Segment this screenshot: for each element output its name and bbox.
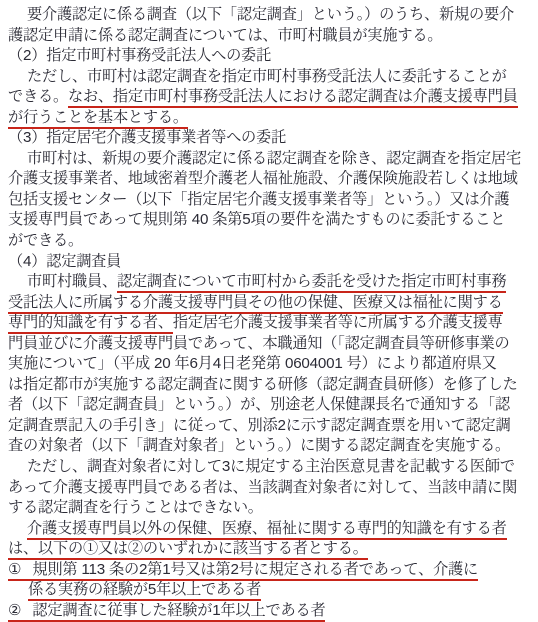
text-segment: 要介護認定に係る調査（以下「認定調査」という。）のうち、新規の要介 <box>27 6 514 23</box>
text-line: 包括支援センター（以下「指定居宅介護支援事業者等」という。）又は介護 <box>8 190 534 211</box>
text-line: 支援専門員であって規則第 40 条第5項の要件を満たすものに委託すること <box>8 210 534 231</box>
text-line: 介護支援事業者、地域密着型介護老人福祉施設、介護保険施設若しくは地域 <box>8 169 534 190</box>
text-segment: 規則第 113 条の2第1号又は第2号に規定される者であって、介護に <box>32 561 478 578</box>
underlined-text: 係る実務の経験が5年以上である者 <box>28 581 261 601</box>
text-line: ただし、市町村は認定調査を指定市町村事務受託法人に委託することが <box>8 67 534 88</box>
text-segment: 介護支援事業者、地域密着型介護老人福祉施設、介護保険施設若しくは地域 <box>8 170 518 187</box>
underlined-text: なお、指定市町村事務受託法人における認定調査は介護支援専門員 <box>68 88 518 108</box>
text-segment: できる。 <box>8 88 68 105</box>
text-segment: ただし、市町村は認定調査を指定市町村事務受託法人に委託することが <box>27 68 507 85</box>
text-line: 市町村職員、認定調査について市町村から委託を受けた指定市町村事務 <box>8 272 534 293</box>
text-line: 査の対象者（以下「調査対象者」という。）に関する認定調査を実施する。 <box>8 436 534 457</box>
underlined-text: が行うことを基本とする。 <box>8 109 188 129</box>
text-segment: 門員並びに介護支援専門員であって、本職通知（「認定調査員等研修事業の <box>8 335 510 352</box>
text-segment: 査の対象者（以下「調査対象者」という。）に関する認定調査を実施する。 <box>8 437 510 454</box>
list-item-1-continuation: 係る実務の経験が5年以上である者 <box>8 580 534 601</box>
document-page: 要介護認定に係る調査（以下「認定調査」という。）のうち、新規の要介 護認定申請に… <box>0 0 538 622</box>
text-line: 専門的知識を有する者、指定居宅介護支援事業者等に所属する介護支援専 <box>8 313 534 334</box>
text-segment: ただし、調査対象者に対して3に規定する主治医意見書を記載する医師で <box>27 458 515 475</box>
section-heading-2: （2）指定市町村事務受託法人への委託 <box>8 46 534 67</box>
heading-text: （4）認定調査員 <box>8 253 121 270</box>
underlined-text: は、以下の①又は②のいずれかに該当する者とする。 <box>8 540 368 560</box>
text-segment: 市町村は、新規の要介護認定に係る認定調査を除き、認定調査を指定居宅 <box>27 150 521 167</box>
text-line: する認定調査を行うことはできない。 <box>8 498 534 519</box>
text-line: 定調査票記入の手引き」に従って、別添2に示す認定調査票を用いて認定調 <box>8 416 534 437</box>
heading-text: （3）指定居宅介護支援事業者等への委託 <box>8 129 286 146</box>
text-segment: 者（以下「認定調査員」という。）が、別途老人保健課長名で通知する「認 <box>8 396 510 413</box>
text-segment: 護認定申請に係る認定調査については、市町村職員が実施する。 <box>8 27 442 44</box>
text-segment: 市町村職員、 <box>27 273 117 290</box>
text-segment: 指定居宅介護支援事業者等に所属する介護支援専 <box>173 314 503 331</box>
text-line: できる。なお、指定市町村事務受託法人における認定調査は介護支援専門員 <box>8 87 534 108</box>
text-line: 者（以下「認定調査員」という。）が、別途老人保健課長名で通知する「認 <box>8 395 534 416</box>
text-segment: 認定調査に従事した経験が1年以上である者 <box>32 602 325 619</box>
underlined-text: 介護支援専門員以外の保健、医療、福祉に関する専門的知識を有する者 <box>27 520 507 540</box>
list-item-1: ①規則第 113 条の2第1号又は第2号に規定される者であって、介護に <box>8 560 534 581</box>
text-segment: あって介護支援専門員である者は、当該調査対象者に対して、当該申請に関 <box>8 479 517 496</box>
text-line: ができる。 <box>8 231 534 252</box>
item-number-2: ② <box>8 602 32 619</box>
heading-text: （2）指定市町村事務受託法人への委託 <box>8 47 271 64</box>
section-heading-3: （3）指定居宅介護支援事業者等への委託 <box>8 128 534 149</box>
text-segment: 包括支援センター（以下「指定居宅介護支援事業者等」という。）又は介護 <box>8 191 509 208</box>
text-line: 受託法人に所属する介護支援専門員その他の保健、医療又は福祉に関する <box>8 293 534 314</box>
text-line: は、以下の①又は②のいずれかに該当する者とする。 <box>8 539 534 560</box>
text-line: ただし、調査対象者に対して3に規定する主治医意見書を記載する医師で <box>8 457 534 478</box>
text-line: 介護支援専門員以外の保健、医療、福祉に関する専門的知識を有する者 <box>8 519 534 540</box>
text-line: は指定都市が実施する認定調査に関する研修（認定調査員研修）を修了した <box>8 375 534 396</box>
underlined-text: ①規則第 113 条の2第1号又は第2号に規定される者であって、介護に <box>8 561 478 581</box>
text-line: 市町村は、新規の要介護認定に係る認定調査を除き、認定調査を指定居宅 <box>8 149 534 170</box>
text-line: 実施について」（平成 20 年6月4日老発第 0604001 号）により都道府県… <box>8 354 534 375</box>
text-segment: 定調査票記入の手引き」に従って、別添2に示す認定調査票を用いて認定調 <box>8 417 511 434</box>
text-line: 護認定申請に係る認定調査については、市町村職員が実施する。 <box>8 26 534 47</box>
text-line: 要介護認定に係る調査（以下「認定調査」という。）のうち、新規の要介 <box>8 5 534 26</box>
section-heading-4: （4）認定調査員 <box>8 252 534 273</box>
text-line: 門員並びに介護支援専門員であって、本職通知（「認定調査員等研修事業の <box>8 334 534 355</box>
list-item-2: ②認定調査に従事した経験が1年以上である者 <box>8 601 534 622</box>
text-segment: ができる。 <box>8 232 83 249</box>
text-segment: する認定調査を行うことはできない。 <box>8 499 263 516</box>
text-segment: 支援専門員であって規則第 40 条第5項の要件を満たすものに委託すること <box>8 211 505 228</box>
text-segment: 実施について」（平成 20 年6月4日老発第 0604001 号）により都道府県… <box>8 355 497 372</box>
underlined-text: ②認定調査に従事した経験が1年以上である者 <box>8 602 325 622</box>
text-segment: は指定都市が実施する認定調査に関する研修（認定調査員研修）を修了した <box>8 376 518 393</box>
text-line: が行うことを基本とする。 <box>8 108 534 129</box>
underlined-text: 受託法人に所属する介護支援専門員その他の保健、医療又は福祉に関する <box>8 294 503 314</box>
item-number-1: ① <box>8 561 32 578</box>
text-line: あって介護支援専門員である者は、当該調査対象者に対して、当該申請に関 <box>8 478 534 499</box>
underlined-text: 認定調査について市町村から委託を受けた指定市町村事務 <box>117 273 506 293</box>
underlined-text: 専門的知識を有する者、 <box>8 314 173 334</box>
